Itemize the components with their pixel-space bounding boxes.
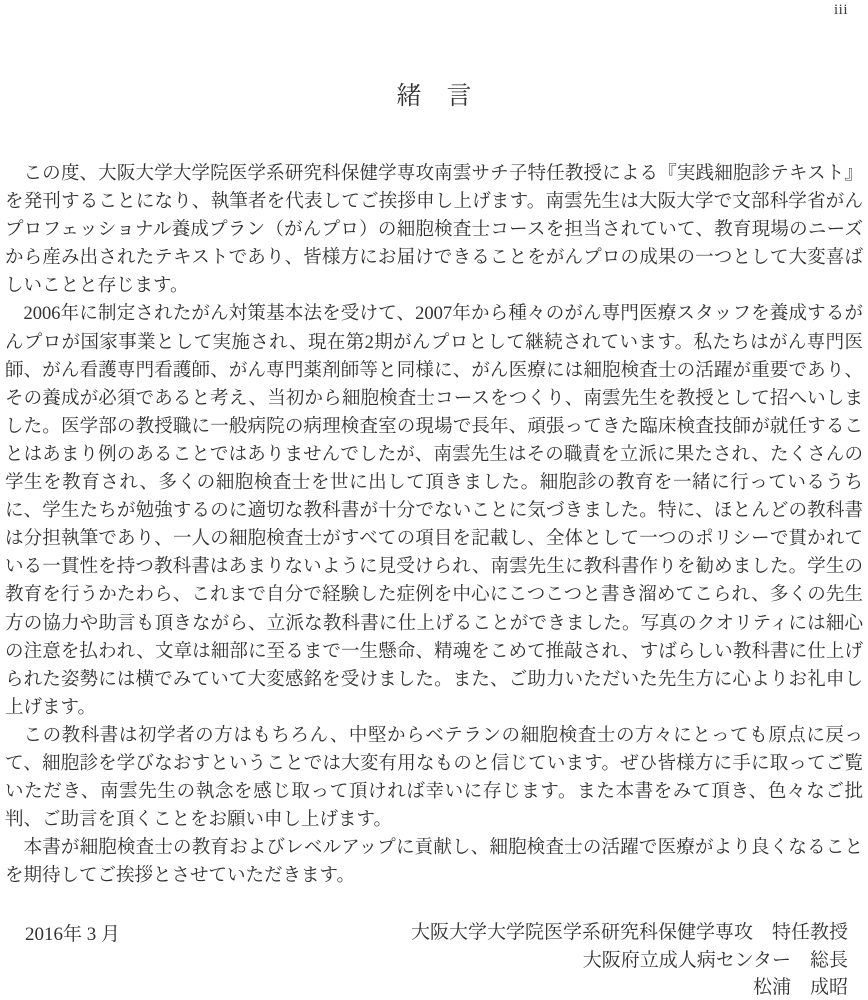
paragraph-3: この教科書は初学者の方はもちろん、中堅からベテランの細胞検査士の方々にとっても原… (5, 722, 863, 834)
signature-name: 松浦 成昭 (411, 974, 848, 1000)
paragraph-2: 2006年に制定されたがん対策基本法を受けて、2007年から種々のがん専門医療ス… (5, 300, 863, 721)
signature-affiliation-2: 大阪府立成人病センター 総長 (411, 947, 848, 975)
preface-page: iii 緒 言 この度、大阪大学大学院医学系研究科保健学専攻南雲サチ子特任教授に… (0, 0, 868, 1000)
paragraph-1: この度、大阪大学大学院医学系研究科保健学専攻南雲サチ子特任教授による『実践細胞診… (5, 160, 863, 300)
publication-date: 2016年 3 月 (25, 919, 120, 946)
signature-block: 大阪大学大学院医学系研究科保健学専攻 特任教授 大阪府立成人病センター 総長 松… (411, 919, 848, 1000)
preface-title: 緒 言 (0, 76, 868, 112)
signature-affiliation-1: 大阪大学大学院医学系研究科保健学専攻 特任教授 (411, 919, 848, 947)
page-number: iii (834, 2, 848, 19)
paragraph-4: 本書が細胞検査士の教育およびレベルアップに貢献し、細胞検査士の活躍で医療がより良… (5, 834, 863, 890)
preface-body: この度、大阪大学大学院医学系研究科保健学専攻南雲サチ子特任教授による『実践細胞診… (5, 160, 863, 890)
